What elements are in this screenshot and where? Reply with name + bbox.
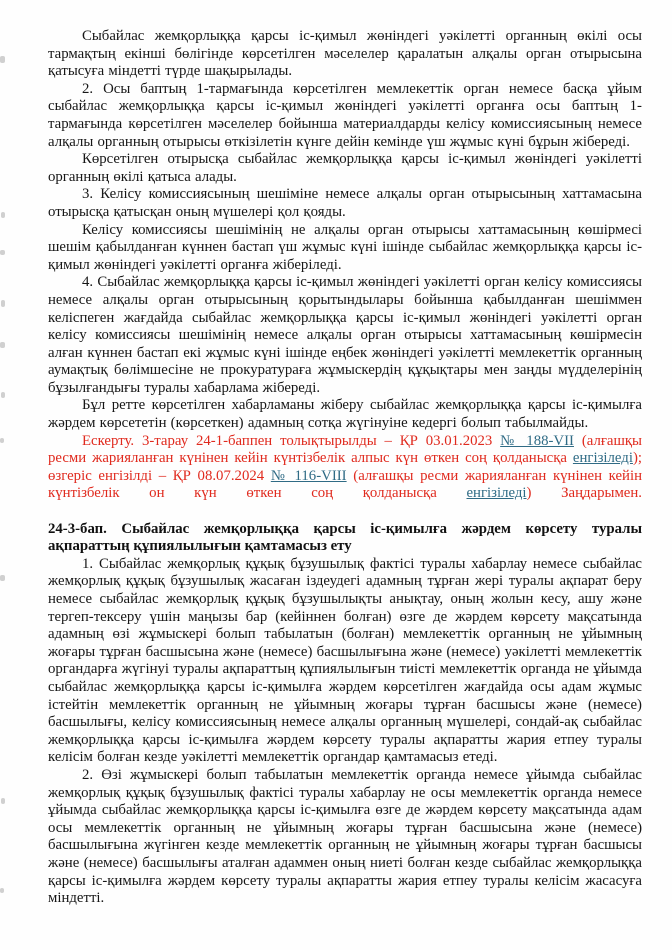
note-text: Ескерту. 3-тарау 24-1-баппен толықтырылд… <box>82 433 500 449</box>
paragraph-decision-copy-sent: Келісу комиссиясы шешімінің не алқалы ор… <box>48 222 642 275</box>
paragraph-point-3-signing-protocol: 3. Келісу комиссиясының шешіміне немесе … <box>48 186 642 221</box>
scan-artifact <box>0 250 5 255</box>
law-link[interactable]: № 188-VII <box>500 433 574 449</box>
paragraph-24-3-point-1-confidentiality: 1. Сыбайлас жемқорлық құқық бұзушылық фа… <box>48 556 642 767</box>
article-24-3-heading: 24-3-бап. Сыбайлас жемқорлыққа қарсы іс-… <box>48 521 642 556</box>
scan-artifact <box>0 342 5 348</box>
scan-artifact <box>1 392 5 398</box>
law-text-content: Сыбайлас жемқорлыққа қарсы іс-қимыл жөні… <box>48 28 642 908</box>
amendment-note: Ескерту. 3-тарау 24-1-баппен толықтырылд… <box>48 433 642 503</box>
scan-artifact <box>0 888 4 893</box>
paragraph-representative-may-attend: Көрсетілген отырысқа сыбайлас жемқорлыққ… <box>48 151 642 186</box>
law-link[interactable]: енгізіледі <box>573 450 633 466</box>
paragraph-no-court-obstacle: Бұл ретте көрсетілген хабарламаны жіберу… <box>48 397 642 432</box>
paragraph-representative-invited: Сыбайлас жемқорлыққа қарсы іс-қимыл жөні… <box>48 28 642 81</box>
scan-artifact <box>0 575 5 581</box>
scan-artifact <box>1 798 5 804</box>
scan-artifact <box>0 438 4 443</box>
note-text: ) Заңдарымен. <box>527 485 642 501</box>
scan-artifact <box>1 212 5 218</box>
paragraph-point-4-disagreement-notification: 4. Сыбайлас жемқорлыққа қарсы іс-қимыл ж… <box>48 274 642 397</box>
paragraph-point-2-materials-submission: 2. Осы баптың 1-тармағында көрсетілген м… <box>48 81 642 151</box>
document-page: Сыбайлас жемқорлыққа қарсы іс-қимыл жөні… <box>0 0 672 950</box>
scan-artifact <box>0 56 5 63</box>
law-link[interactable]: № 116-VIII <box>271 468 347 484</box>
paragraph-24-3-point-2-agreement-obligation: 2. Өзі жұмыскері болып табылатын мемлеке… <box>48 767 642 908</box>
law-link[interactable]: енгізіледі <box>466 485 526 501</box>
scan-artifact <box>1 300 5 307</box>
